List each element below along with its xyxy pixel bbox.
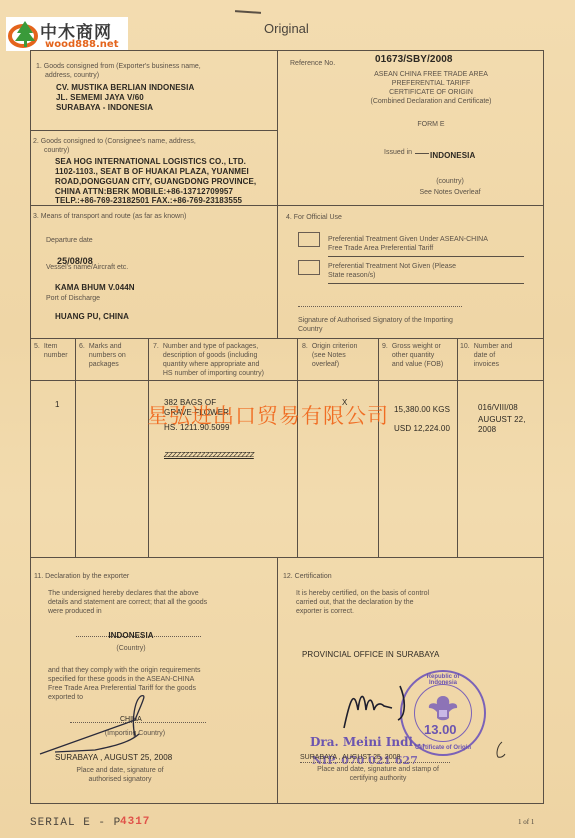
certificate-title: ASEAN CHINA FREE TRADE AREA PREFERENTIAL…: [340, 70, 522, 106]
box11-label: 11. Declaration by the exporter: [34, 572, 129, 581]
box12-label: 12. Certification: [283, 572, 332, 581]
invoice-date: AUGUST 22, 2008: [478, 415, 526, 435]
port-value: HUANG PU, CHINA: [55, 312, 129, 322]
stamp-top-text: Republic of Indonesia: [412, 674, 474, 686]
header-item-number: 5. Itemnumber: [34, 342, 68, 360]
serial-label: SERIAL E - P: [30, 817, 121, 829]
exporter-sign-caption: Place and date, signature of authorised …: [60, 766, 180, 784]
issued-dash: [415, 153, 429, 154]
vessel-label: Vessel's name/Aircraft etc.: [46, 263, 128, 272]
option1-underline: [328, 256, 524, 257]
serial-number: 4317: [120, 816, 150, 828]
company-watermark: 星弘进出口贸易有限公司: [147, 400, 389, 430]
frame-top: [30, 50, 544, 51]
page-indicator: 1 of 1: [518, 818, 534, 826]
signature-dotted-line: [298, 306, 462, 307]
divider-lower: [277, 557, 278, 803]
option2-underline: [328, 283, 524, 284]
signature-caption: Signature of Authorised Signatory of the…: [298, 316, 453, 334]
col-line-2: [148, 338, 149, 557]
item-number: 1: [55, 400, 60, 410]
row-line-1: [30, 130, 277, 131]
preferential-given-checkbox[interactable]: [298, 232, 320, 247]
certification-text: It is hereby certified, on the basis of …: [296, 589, 429, 616]
header-invoices: 10. Number anddate ofinvoices: [460, 342, 512, 369]
header-origin: 8. Origin criterion(see Notesoverleaf): [302, 342, 357, 369]
frame-left: [30, 50, 31, 804]
vessel-value: KAMA BHUM V.044N: [55, 283, 135, 293]
issued-country: INDONESIA: [430, 151, 475, 161]
col-line-4: [378, 338, 379, 557]
header-description: 7. Number and type of packages,descripti…: [153, 342, 264, 378]
frame-right: [543, 50, 544, 804]
row-line-5: [30, 557, 544, 558]
officer-name: Dra. Meini Indi...: [310, 735, 426, 749]
invoice-number: 016/VIII/08: [478, 403, 518, 413]
row-line-4: [30, 380, 544, 381]
original-label: Original: [264, 21, 309, 36]
gross-weight: 15,380.00 KGS: [394, 405, 450, 415]
officer-signature-icon: [340, 680, 420, 735]
issued-label: Issued in: [384, 148, 412, 157]
description-filler: ZZZZZZZZZZZZZZZZZZZZZZ: [164, 450, 254, 459]
reference-label: Reference No.: [290, 59, 335, 68]
box3-label: 3. Means of transport and route (as far …: [33, 212, 186, 221]
option1-text: Preferential Treatment Given Under ASEAN…: [328, 235, 488, 253]
certifier-dotted-line: [300, 762, 450, 763]
certifier-sign-caption: Place and date, signature and stamp of c…: [298, 765, 458, 783]
form-name: FORM E: [340, 120, 522, 129]
row-line-3: [30, 338, 544, 339]
port-label: Port of Discharge: [46, 294, 100, 303]
provincial-office: PROVINCIAL OFFICE IN SURABAYA: [302, 650, 439, 660]
header-marks: 6. Marks andnumbers onpackages: [79, 342, 126, 369]
see-notes: See Notes Overleaf: [400, 188, 500, 197]
departure-label: Departure date: [46, 236, 93, 245]
certifier-place-date: SURABAYA , AUGUST 25, 2008: [300, 753, 400, 762]
country-caption: (country): [400, 177, 500, 186]
stamp-value: 13.00: [424, 722, 457, 737]
divider-upper: [277, 50, 278, 338]
consignee-address: SEA HOG INTERNATIONAL LOGISTICS CO., LTD…: [55, 157, 256, 206]
exporter-signature-icon: [35, 690, 165, 760]
col-line-5: [457, 338, 458, 557]
exporter-place-date: SURABAYA , AUGUST 25, 2008: [55, 753, 172, 763]
preferential-not-given-checkbox[interactable]: [298, 260, 320, 275]
header-weight: 9. Gross weight orother quantityand valu…: [382, 342, 443, 369]
declaration-text-1: The undersigned hereby declares that the…: [48, 589, 207, 616]
frame-bottom: [30, 803, 544, 804]
col-line-1: [75, 338, 76, 557]
site-logo: 中木商网 wood888.net: [6, 17, 128, 51]
logo-url[interactable]: wood888.net: [45, 39, 119, 50]
initial-mark-icon: [494, 740, 508, 760]
box1-label: 1. Goods consigned from (Exporter's busi…: [36, 62, 201, 80]
country-caption-11: (Country): [76, 644, 186, 653]
box2-label: 2. Goods consigned to (Consignee's name,…: [33, 137, 196, 155]
tree-logo-icon: [8, 19, 42, 49]
produced-in-country: INDONESIA: [76, 631, 186, 641]
fob-value: USD 12,224.00: [394, 424, 450, 434]
exporter-address: CV. MUSTIKA BERLIAN INDONESIA JL. SEMEMI…: [56, 83, 194, 113]
reference-number: 01673/SBY/2008: [375, 55, 453, 65]
box4-label: 4. For Official Use: [286, 213, 342, 222]
col-line-3: [297, 338, 298, 557]
pen-mark: [235, 10, 261, 14]
option2-text: Preferential Treatment Not Given (Please…: [328, 262, 456, 280]
